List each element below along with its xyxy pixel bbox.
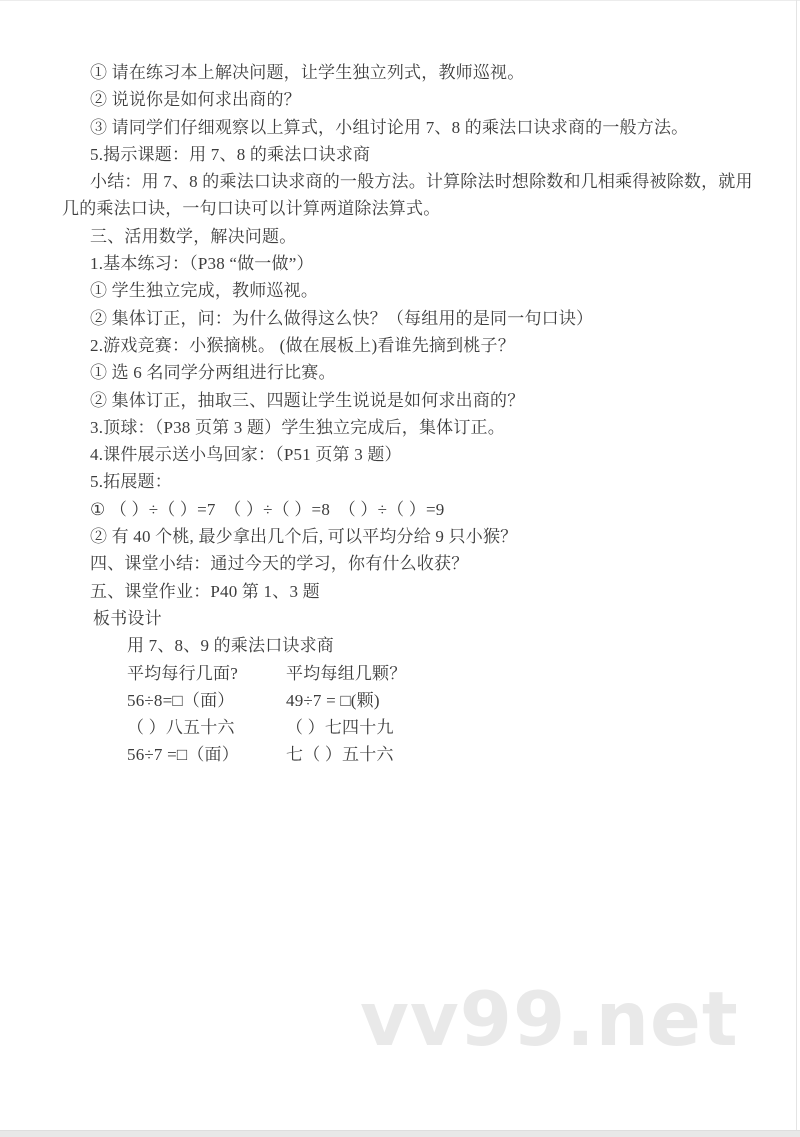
board-row: 平均每行几面? 平均每组几颗？ xyxy=(62,660,738,687)
document-page: ① 请在练习本上解决问题，让学生独立列式，教师巡视。 ② 说说你是如何求出商的？… xyxy=(0,0,800,1137)
board-cell: （ ）八五十六 xyxy=(127,714,286,741)
text-line: ③ 请同学们仔细观察以上算式，小组讨论用 7、8 的乘法口诀求商的一般方法。 xyxy=(62,114,738,141)
board-heading: 用 7、8、9 的乘法口诀求商 xyxy=(127,632,334,659)
board-design-title: 板书设计 xyxy=(62,605,738,632)
text-line: 5.拓展题： xyxy=(62,468,738,495)
board-cell: 56÷8=□（面） xyxy=(127,687,286,714)
board-row: 56÷8=□（面） 49÷7 = □(颗) xyxy=(62,687,738,714)
document-body: ① 请在练习本上解决问题，让学生独立列式，教师巡视。 ② 说说你是如何求出商的？… xyxy=(62,59,738,769)
board-cell: 平均每行几面? xyxy=(127,660,286,687)
text-line: ② 集体订正，抽取三、四题让学生说说是如何求出商的？ xyxy=(62,387,738,414)
board-cell: 49÷7 = □(颗) xyxy=(286,687,380,714)
text-line: 小结：用 7、8 的乘法口诀求商的一般方法。计算除法时想除数和几相乘得被除数，就… xyxy=(62,168,738,195)
text-line: 5.揭示课题：用 7、8 的乘法口诀求商 xyxy=(62,141,738,168)
page-top-edge xyxy=(0,0,800,1)
page-right-edge xyxy=(796,0,797,1130)
text-line: 3.顶球：（P38 页第 3 题）学生独立完成后，集体订正。 xyxy=(62,414,738,441)
watermark: vv99.net xyxy=(360,982,739,1057)
board-cell: 七（ ）五十六 xyxy=(286,741,394,768)
section-heading: 四、课堂小结：通过今天的学习，你有什么收获？ xyxy=(62,550,738,577)
text-line: ② 说说你是如何求出商的？ xyxy=(62,86,738,113)
page-bottom-bar xyxy=(0,1130,800,1137)
board-row: （ ）八五十六 （ ）七四十九 xyxy=(62,714,738,741)
text-line: ② 集体订正，问：为什么做得这么快？（每组用的是同一句口诀） xyxy=(62,305,738,332)
board-cell: 56÷7 =□（面） xyxy=(127,741,286,768)
text-line: 几的乘法口诀，一句口诀可以计算两道除法算式。 xyxy=(62,195,738,222)
text-line: 4.课件展示送小鸟回家：（P51 页第 3 题） xyxy=(62,441,738,468)
board-row: 56÷7 =□（面） 七（ ）五十六 xyxy=(62,741,738,768)
text-line: ① 请在练习本上解决问题，让学生独立列式，教师巡视。 xyxy=(62,59,738,86)
section-heading: 五、课堂作业：P40 第 1、3 题 xyxy=(62,578,738,605)
board-heading-row: 用 7、8、9 的乘法口诀求商 xyxy=(62,632,738,659)
text-line: 2.游戏竞赛：小猴摘桃。 (做在展板上)看谁先摘到桃子？ xyxy=(62,332,738,359)
text-line: ② 有 40 个桃, 最少拿出几个后, 可以平均分给 9 只小猴？ xyxy=(62,523,738,550)
text-line: ① 选 6 名同学分两组进行比赛。 xyxy=(62,359,738,386)
section-heading: 三、活用数学，解决问题。 xyxy=(62,223,738,250)
text-line: ① 学生独立完成，教师巡视。 xyxy=(62,277,738,304)
text-line: 1.基本练习：（P38 “做一做”） xyxy=(62,250,738,277)
text-line: ① （ ）÷（ ）=7 （ ）÷（ ）=8 （ ）÷（ ）=9 xyxy=(62,496,738,523)
board-cell: 平均每组几颗？ xyxy=(286,660,406,687)
board-cell: （ ）七四十九 xyxy=(286,714,394,741)
